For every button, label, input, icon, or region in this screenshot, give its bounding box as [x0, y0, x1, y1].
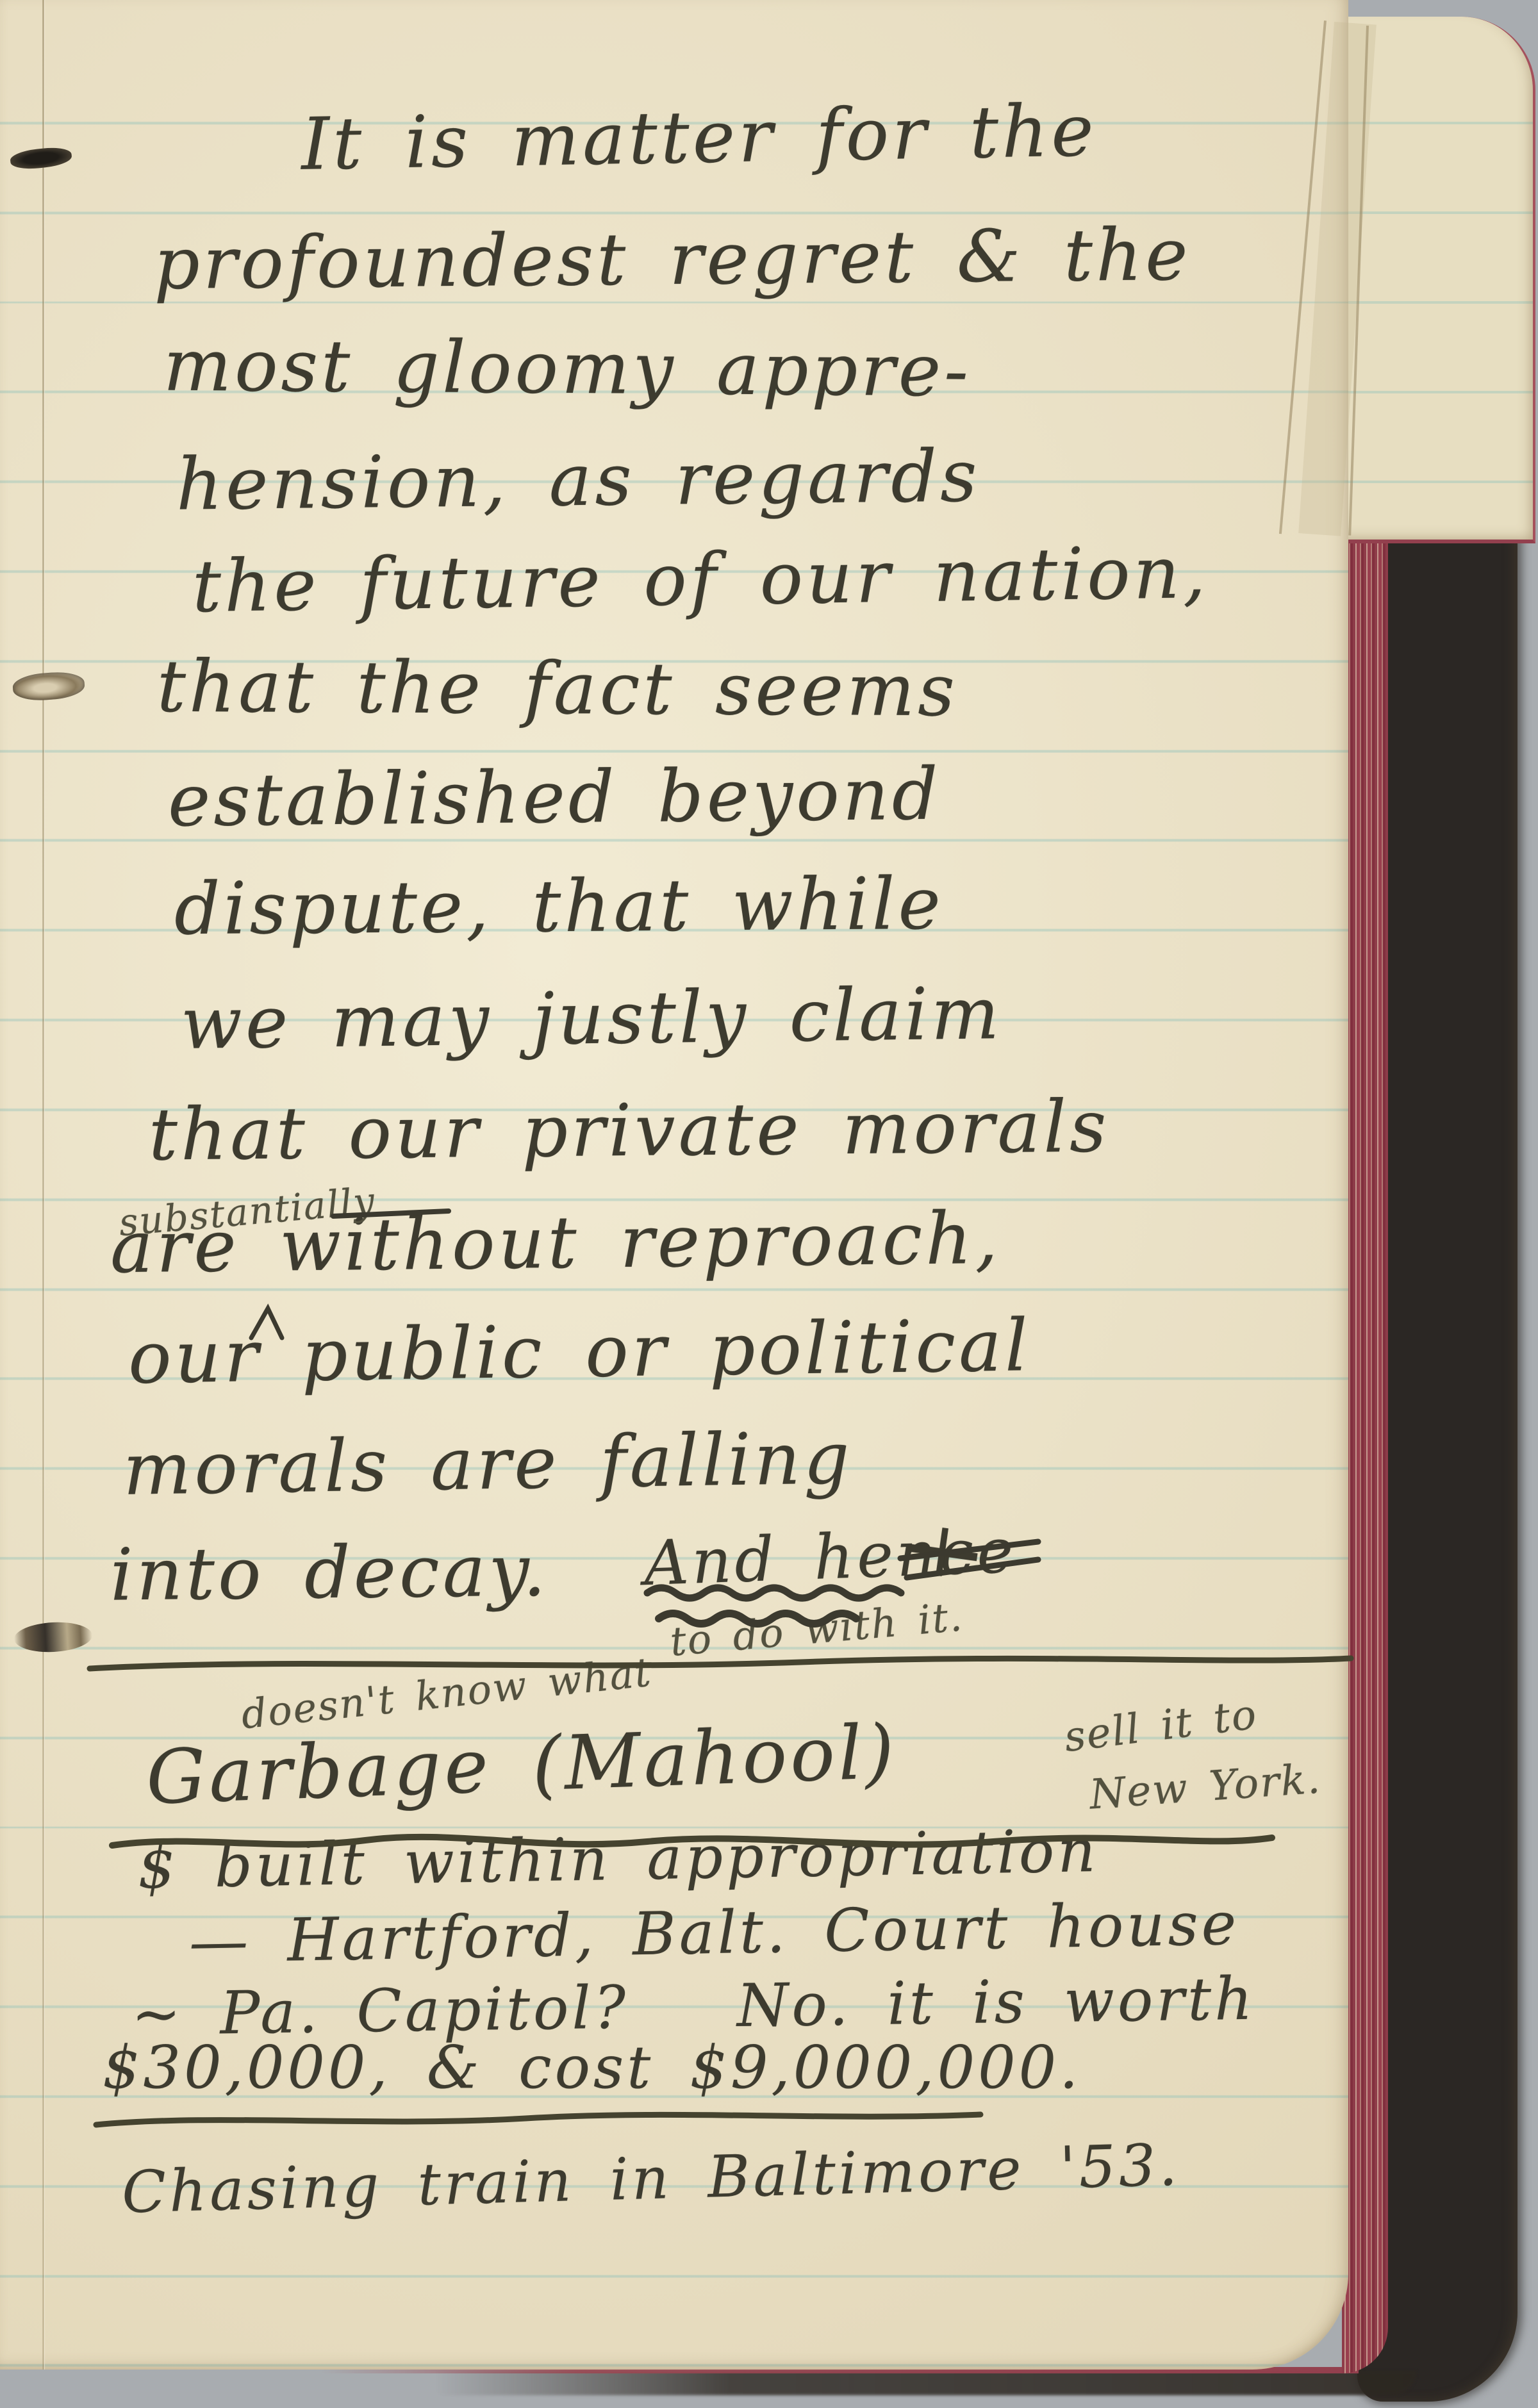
wavy-underline — [659, 1613, 856, 1624]
caret-mark — [251, 1308, 282, 1338]
crossout-stroke — [900, 1542, 1038, 1578]
insertion-dash — [333, 1211, 449, 1216]
section-rule — [96, 2115, 980, 2125]
wavy-underline — [647, 1588, 901, 1598]
ink-rules-and-marks — [0, 0, 1538, 2408]
section-rule — [112, 1837, 1272, 1845]
section-rule — [90, 1658, 1351, 1669]
